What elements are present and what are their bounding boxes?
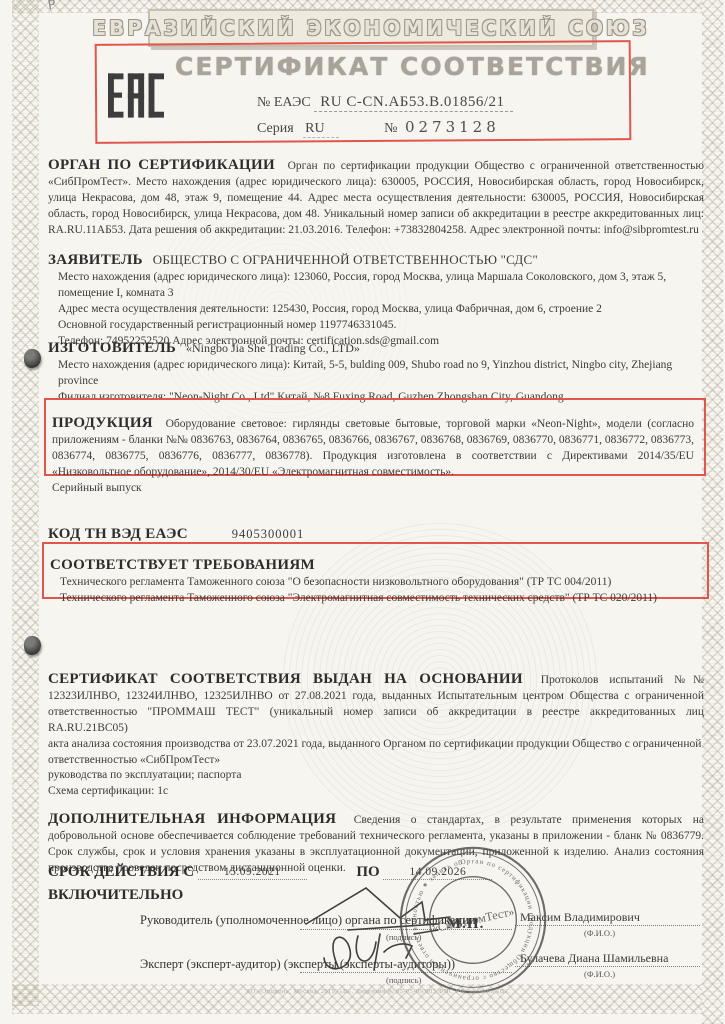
section-certification-body: ОРГАН ПО СЕРТИФИКАЦИИ Орган по сертифика… — [48, 155, 704, 239]
certificate-number: RU С-CN.АБ53.В.01856/21 — [314, 94, 512, 112]
applicant-line: Основной государственный регистрационный… — [58, 318, 704, 334]
tnved-code: 9405300001 — [232, 527, 305, 541]
blank-serial-number: 0273128 — [405, 118, 500, 136]
name-caption: (Ф.И.О.) — [584, 928, 615, 938]
validity-from-date: 15.09.2021 — [198, 866, 307, 880]
section-heading: ПРОДУКЦИЯ — [52, 415, 153, 431]
certificate-number-row: № ЕАЭС RU С-CN.АБ53.В.01856/21 — [257, 94, 513, 111]
sibpromtest-stamp: Орган по сертификации продукции Общество… — [382, 829, 565, 1012]
compliance-line: Технического регламента Таможенного союз… — [60, 575, 696, 591]
printer-imprint: АО «Опцион», Москва, 2019, «В». Лицензия… — [138, 988, 618, 995]
applicant-line: Место нахождения (адрес юридического лиц… — [58, 270, 704, 302]
stamp-center-text: «СибПромТест» — [431, 904, 516, 935]
frame-left — [12, 0, 39, 1006]
series-region: RU — [303, 121, 338, 138]
section-heading: ИЗГОТОВИТЕЛЬ — [48, 340, 176, 356]
series-label: Серия — [257, 121, 294, 136]
section-heading: ОРГАН ПО СЕРТИФИКАЦИИ — [48, 157, 275, 173]
validity-from-label: СРОК ДЕЙСТВИЯ С — [48, 864, 194, 880]
frame-right — [702, 0, 723, 1024]
name-caption: (Ф.И.О.) — [584, 969, 615, 979]
number-label: № ЕАЭС — [257, 95, 311, 110]
head-label-line: Руководитель (уполномоченное — [140, 913, 309, 927]
manufacturer-line: Место нахождения (адрес юридического лиц… — [58, 358, 704, 390]
series-row: Серия RU № 0273128 — [257, 118, 500, 137]
pen-mark: Р — [47, 0, 57, 14]
section-products: ПРОДУКЦИЯ Оборудование световое: гирлянд… — [52, 413, 694, 497]
section-manufacturer: ИЗГОТОВИТЕЛЬ «Ningbo Jia She Trading Co.… — [48, 338, 704, 406]
certificate-page: Р ЕВРАЗИЙСКИЙ ЭКОНОМИЧЕСКИЙ СОЮЗ СЕРТИФИ… — [0, 0, 725, 1024]
applicant-line: Адрес места осуществления деятельности: … — [58, 302, 704, 318]
binding-rivet — [24, 349, 41, 368]
validity-to-label: ПО — [356, 864, 379, 880]
eac-logo — [108, 64, 164, 127]
expert-label-line: Эксперт (эксперт-аудитор) — [140, 957, 281, 971]
basis-line: руководства по эксплуатации; паспорта — [48, 768, 704, 784]
section-heading: ЗАЯВИТЕЛЬ — [48, 252, 143, 268]
section-heading: КОД ТН ВЭД ЕАЭС — [48, 526, 188, 542]
basis-line: акта анализа состояния производства от 2… — [48, 737, 704, 769]
section-heading: ДОПОЛНИТЕЛЬНАЯ ИНФОРМАЦИЯ — [48, 811, 336, 827]
manufacturer-name: «Ningbo Jia She Trading Co., LTD» — [186, 341, 360, 355]
binding-rivet — [24, 636, 41, 655]
compliance-line: Технического регламента Таможенного союз… — [60, 591, 696, 607]
basis-line: Схема сертификации: 1с — [48, 784, 704, 800]
products-serial: Серийный выпуск — [52, 481, 694, 497]
section-heading: СЕРТИФИКАТ СООТВЕТСТВИЯ ВЫДАН НА ОСНОВАН… — [48, 671, 523, 687]
certificate-title: СЕРТИФИКАТ СООТВЕТСТВИЯ — [175, 52, 595, 81]
section-compliance: СООТВЕТСТВУЕТ ТРЕБОВАНИЯМ Технического р… — [50, 555, 696, 607]
applicant-name: ОБЩЕСТВО С ОГРАНИЧЕННОЙ ОТВЕТСТВЕННОСТЬЮ… — [153, 252, 538, 267]
section-heading: СООТВЕТСТВУЕТ ТРЕБОВАНИЯМ — [50, 555, 689, 576]
section-basis: СЕРТИФИКАТ СООТВЕТСТВИЯ ВЫДАН НА ОСНОВАН… — [48, 669, 704, 801]
series-no-label: № — [384, 121, 397, 136]
section-applicant: ЗАЯВИТЕЛЬ ОБЩЕСТВО С ОГРАНИЧЕННОЙ ОТВЕТС… — [48, 250, 704, 350]
